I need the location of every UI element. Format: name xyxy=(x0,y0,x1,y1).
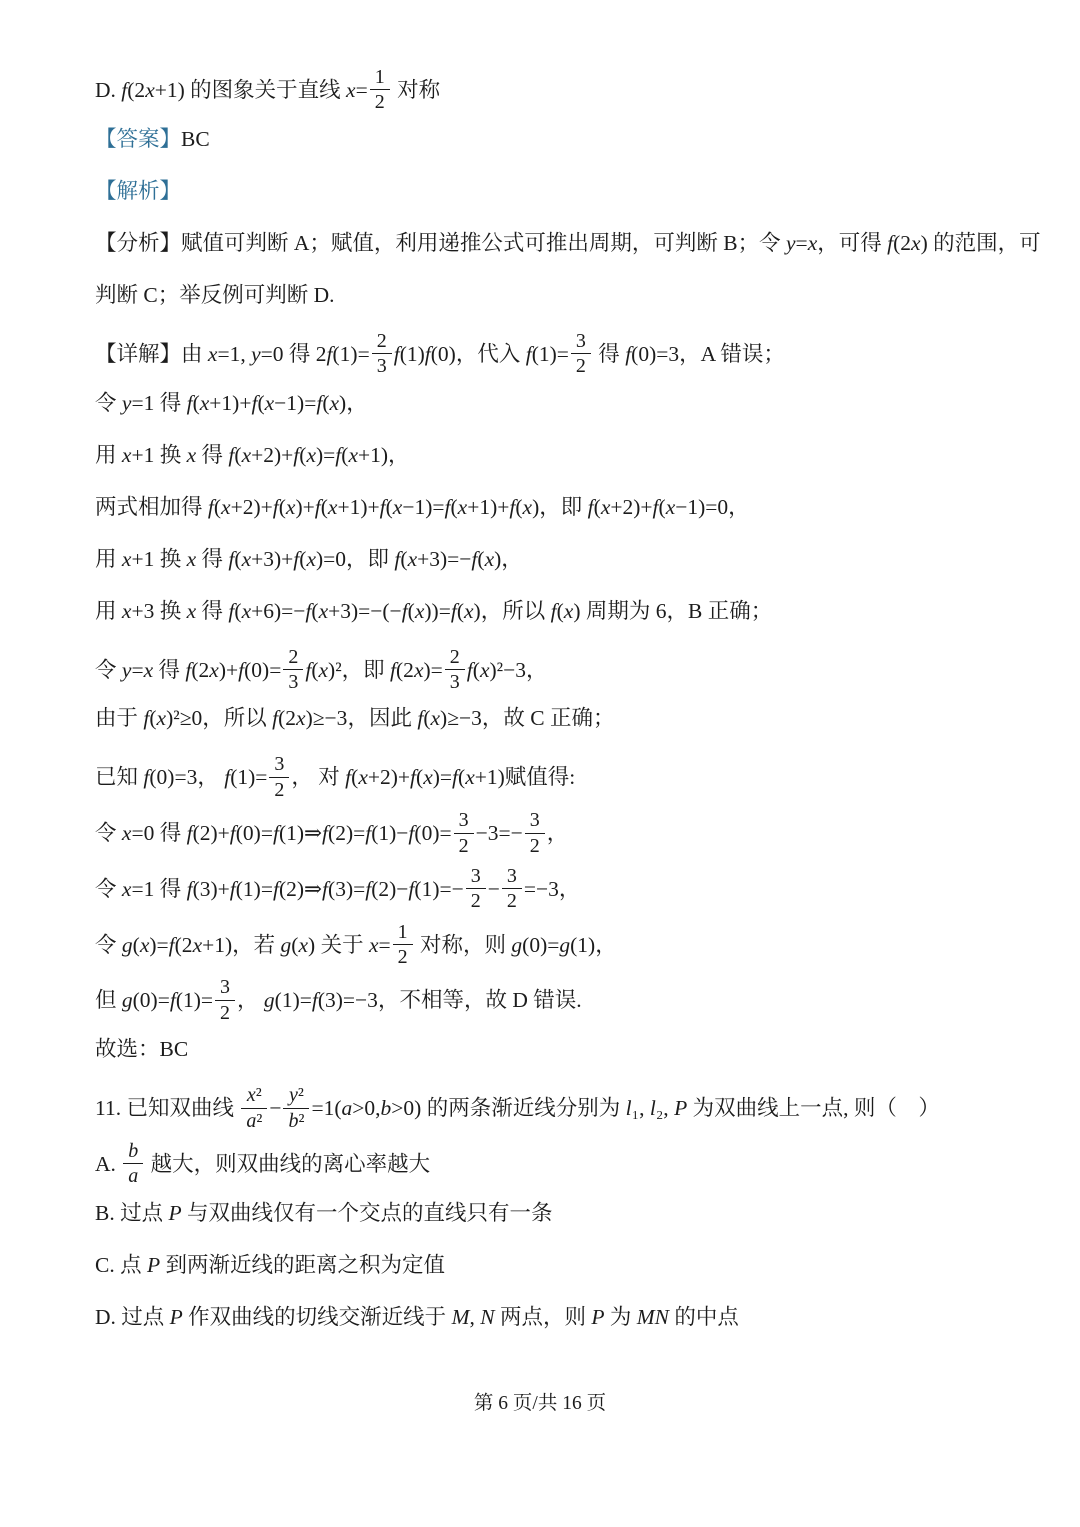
text-run: 用 xyxy=(95,443,122,467)
text-line: 令 g(x)=f(2x+1)，若 g(x) 关于 x=12 对称，则 g(0)=… xyxy=(95,923,988,971)
math-run: P xyxy=(591,1305,604,1329)
math-run: f(1)f(0) xyxy=(394,342,456,366)
text-line: 由于 f(x)²≥0，所以 f(2x)≥−3，因此 f(x)≥−3，故 C 正确… xyxy=(95,703,988,733)
text-run: 得 xyxy=(154,877,186,901)
text-run: 令 xyxy=(95,877,122,901)
page-number-label: 第 6 页/共 16 页 xyxy=(474,1393,606,1414)
text-run: 得 xyxy=(196,547,228,571)
fraction: 12 xyxy=(393,921,413,969)
text-run: 换 xyxy=(154,443,186,467)
math-run: f(x+1)+f(x−1)=f(x) xyxy=(187,391,347,415)
text-run: 得 xyxy=(196,443,228,467)
text-line: 但 g(0)=f(1)=32， g(1)=f(3)=−3，不相等，故 D 错误. xyxy=(95,978,988,1026)
math-run: f(2x)+f(0)= xyxy=(185,657,281,681)
math-run: f(2x)= xyxy=(390,657,443,681)
text-run: 对称，则 xyxy=(415,933,512,957)
fraction: 23 xyxy=(445,646,465,694)
math-run: f(x)≥−3 xyxy=(417,706,482,730)
text-line: 【解析】 xyxy=(95,176,988,206)
text-run: ， xyxy=(559,877,581,901)
math-run: g(x)=f(2x+1) xyxy=(122,933,232,957)
text-run: 用 xyxy=(95,599,122,623)
math-run: f(x+6)=−f(x+3)=−(−f(x))=f(x) xyxy=(228,599,480,623)
text-run: D. xyxy=(95,78,121,102)
math-run: f(1)= xyxy=(526,342,569,366)
text-run: 11. 已知双曲线 xyxy=(95,1096,239,1120)
fraction: 32 xyxy=(466,865,486,913)
text-run: 为 xyxy=(604,1305,636,1329)
math-run: 2f(1)= xyxy=(316,342,370,366)
text-run: 令 xyxy=(95,933,122,957)
math-run: f(2x) xyxy=(887,231,928,255)
math-run: f(x) xyxy=(551,599,581,623)
text-run: 换 xyxy=(154,599,186,623)
text-line: 已知 f(0)=3， f(1)=32， 对 f(x+2)+f(x)=f(x+1)… xyxy=(95,755,988,803)
text-run: 为双曲线上一点, 则（ ） xyxy=(687,1096,940,1120)
document-page: D. f(2x+1) 的图象关于直线 x=12 对称【答案】BC【解析】【分析】… xyxy=(0,0,1080,1527)
text-run: 得 xyxy=(154,821,186,845)
math-run: x=1, y=0 xyxy=(208,342,284,366)
math-run: x+1 xyxy=(122,547,154,571)
document-body: D. f(2x+1) 的图象关于直线 x=12 对称【答案】BC【解析】【分析】… xyxy=(95,68,988,1332)
math-run: y=1 xyxy=(122,391,154,415)
math-run: f(x+2)+f(x)=f(x+1) xyxy=(228,443,388,467)
fraction: 32 xyxy=(215,976,235,1024)
text-run: 越大，则双曲线的离心率越大 xyxy=(145,1152,430,1176)
text-run: 的两条渐近线分别为 xyxy=(421,1096,625,1120)
text-run: 的图象关于直线 xyxy=(185,78,346,102)
text-run: ，若 xyxy=(232,933,280,957)
text-run: 得 xyxy=(196,599,228,623)
text-run: ， xyxy=(237,988,264,1012)
text-run: 的中点 xyxy=(669,1305,739,1329)
text-run: 作双曲线的切线交渐近线于 xyxy=(183,1305,452,1329)
math-run: g(0)=g(1) xyxy=(511,933,595,957)
math-run: f(x+2)+f(x−1)=0 xyxy=(588,495,729,519)
text-run: ， xyxy=(728,495,750,519)
math-run: f(2x+1) xyxy=(121,78,185,102)
math-run: x=1 xyxy=(122,877,154,901)
text-line: 令 y=1 得 f(x+1)+f(x−1)=f(x)， xyxy=(95,388,988,418)
text-line: A. ba 越大，则双曲线的离心率越大 xyxy=(95,1142,988,1190)
fraction: 32 xyxy=(454,809,474,857)
math-run: f(x+2)+f(x)+f(x+1)+f(x−1)=f(x+1)+f(x) xyxy=(208,495,539,519)
math-run: f(x+3)=−f(x) xyxy=(394,547,501,571)
text-line: 令 x=1 得 f(3)+f(1)=f(2)⇒f(3)=f(2)−f(1)=−3… xyxy=(95,867,988,915)
fraction: 32 xyxy=(269,753,289,801)
text-run: 令 xyxy=(95,391,122,415)
math-run: P xyxy=(168,1201,181,1225)
text-run: 到两渐近线的距离之积为定值 xyxy=(160,1253,445,1277)
math-run: x=0 xyxy=(122,821,154,845)
text-run: 得 xyxy=(593,342,625,366)
fraction: x²a² xyxy=(241,1084,267,1132)
math-run: P xyxy=(147,1253,160,1277)
math-run: − xyxy=(488,877,500,901)
math-run: f(0)=3 xyxy=(625,342,679,366)
fraction: 23 xyxy=(372,330,392,378)
text-run: 令 xyxy=(95,821,122,845)
text-run: 【答案】 xyxy=(95,127,181,151)
text-run: 的范围，可 xyxy=(928,231,1041,255)
text-run: 由于 xyxy=(95,706,143,730)
text-run: 得 xyxy=(153,657,185,681)
text-run: ，可得 xyxy=(817,231,887,255)
text-run: B. 过点 xyxy=(95,1201,168,1225)
text-run: ，A 错误； xyxy=(679,342,785,366)
math-run: f(2)+f(0)=f(1)⇒f(2)=f(1)−f(0)= xyxy=(187,821,452,845)
text-run: ， xyxy=(547,821,569,845)
text-run: 周期为 6，B 正确； xyxy=(580,599,772,623)
math-run: x+1 xyxy=(122,443,154,467)
text-run: 【分析】赋值可判断 A；赋值，利用递推公式可推出周期，可判断 B；令 xyxy=(95,231,786,255)
text-run: ， xyxy=(346,391,368,415)
text-run: 但 xyxy=(95,988,122,1012)
math-run: x xyxy=(187,599,197,623)
text-run: ，即 xyxy=(346,547,394,571)
text-run: ，代入 xyxy=(456,342,526,366)
math-run: f(x)² xyxy=(305,657,341,681)
text-run: ， xyxy=(388,443,410,467)
math-run: f(x)²≥0 xyxy=(143,706,202,730)
text-line: 11. 已知双曲线 x²a²−y²b²=1(a>0,b>0) 的两条渐近线分别为… xyxy=(95,1086,988,1134)
text-line: D. f(2x+1) 的图象关于直线 x=12 对称 xyxy=(95,68,988,116)
text-run: 用 xyxy=(95,547,122,571)
fraction: 32 xyxy=(502,865,522,913)
text-run: BC xyxy=(181,127,210,151)
text-run: 换 xyxy=(154,547,186,571)
fraction: 32 xyxy=(571,330,591,378)
text-line: 两式相加得 f(x+2)+f(x)+f(x+1)+f(x−1)=f(x+1)+f… xyxy=(95,492,988,522)
text-run: 两式相加得 xyxy=(95,495,208,519)
math-run: f(2x)≥−3 xyxy=(272,706,347,730)
fraction: y²b² xyxy=(283,1084,309,1132)
text-run: 两点，则 xyxy=(495,1305,592,1329)
text-line: B. 过点 P 与双曲线仅有一个交点的直线只有一条 xyxy=(95,1198,988,1228)
math-run: f(3)+f(1)=f(2)⇒f(3)=f(2)−f(1)=− xyxy=(187,877,464,901)
fraction: 12 xyxy=(370,66,390,114)
text-run: ， xyxy=(526,657,548,681)
math-run: M, N xyxy=(452,1305,495,1329)
text-line: C. 点 P 到两渐近线的距离之积为定值 xyxy=(95,1250,988,1280)
text-line: 用 x+1 换 x 得 f(x+2)+f(x)=f(x+1)， xyxy=(95,440,988,470)
text-run: 已知 xyxy=(95,765,143,789)
text-run: ， xyxy=(595,933,617,957)
math-run: f(x+2)+f(x)=f(x+1) xyxy=(345,765,505,789)
fraction: 23 xyxy=(283,646,303,694)
text-run: ，因此 xyxy=(347,706,417,730)
math-run: −3=− xyxy=(476,821,523,845)
math-run: x xyxy=(187,547,197,571)
text-run: 判断 C；举反例可判断 D. xyxy=(95,283,335,307)
math-run: f(1)= xyxy=(224,765,267,789)
text-run: ，不相等，故 D 错误. xyxy=(378,988,582,1012)
text-run: C. 点 xyxy=(95,1253,147,1277)
math-run: y=x xyxy=(122,657,153,681)
math-run: x= xyxy=(369,933,391,957)
math-run: − xyxy=(269,1096,281,1120)
math-run: g(1)=f(3)=−3 xyxy=(264,988,378,1012)
text-line: 【分析】赋值可判断 A；赋值，利用递推公式可推出周期，可判断 B；令 y=x，可… xyxy=(95,228,988,258)
text-run: 故选：BC xyxy=(95,1037,188,1061)
text-line: 用 x+1 换 x 得 f(x+3)+f(x)=0，即 f(x+3)=−f(x)… xyxy=(95,544,988,574)
text-run: 得 xyxy=(284,342,316,366)
text-line: D. 过点 P 作双曲线的切线交渐近线于 M, N 两点，则 P 为 MN 的中… xyxy=(95,1302,988,1332)
math-run: g(0)=f(1)= xyxy=(122,988,213,1012)
text-line: 用 x+3 换 x 得 f(x+6)=−f(x+3)=−(−f(x))=f(x)… xyxy=(95,596,988,626)
text-run: ，即 xyxy=(539,495,587,519)
math-run: P xyxy=(170,1305,183,1329)
text-run: ， xyxy=(197,765,224,789)
text-run: ， xyxy=(501,547,523,571)
text-run: 得 xyxy=(154,391,186,415)
text-run: ， 对 xyxy=(291,765,345,789)
math-run: l₁, l₂, P xyxy=(626,1096,688,1120)
text-line: 故选：BC xyxy=(95,1034,988,1064)
fraction: ba xyxy=(123,1140,143,1188)
text-run: 【解析】 xyxy=(95,179,181,203)
text-line: 令 y=x 得 f(2x)+f(0)=23f(x)²，即 f(2x)=23f(x… xyxy=(95,648,988,696)
math-run: MN xyxy=(637,1305,669,1329)
text-run: ，故 C 正确； xyxy=(482,706,615,730)
text-line: 【详解】由 x=1, y=0 得 2f(1)=23f(1)f(0)，代入 f(1… xyxy=(95,332,988,380)
text-run: ，所以 xyxy=(481,599,551,623)
math-run: f(x)²−3 xyxy=(467,657,526,681)
math-run: =−3 xyxy=(524,877,559,901)
text-run: 赋值得: xyxy=(505,765,575,789)
text-run: A. xyxy=(95,1152,121,1176)
text-run: 关于 xyxy=(315,933,369,957)
math-run: x xyxy=(187,443,197,467)
text-run: 对称 xyxy=(392,78,440,102)
text-run: D. 过点 xyxy=(95,1305,170,1329)
math-run: g(x) xyxy=(281,933,316,957)
math-run: x+3 xyxy=(122,599,154,623)
text-run: 令 xyxy=(95,657,122,681)
math-run: f(0)=3 xyxy=(143,765,197,789)
math-run: y=x xyxy=(786,231,817,255)
page-footer: 第 6 页/共 16 页 xyxy=(0,1387,1080,1415)
text-run: ，即 xyxy=(342,657,390,681)
text-run: ，所以 xyxy=(202,706,272,730)
math-run: x= xyxy=(346,78,368,102)
text-line: 判断 C；举反例可判断 D. xyxy=(95,280,988,310)
text-line: 令 x=0 得 f(2)+f(0)=f(1)⇒f(2)=f(1)−f(0)=32… xyxy=(95,811,988,859)
math-run: f(x+3)+f(x)=0 xyxy=(228,547,346,571)
fraction: 32 xyxy=(525,809,545,857)
math-run: =1(a>0,b>0) xyxy=(311,1096,421,1120)
text-run: 与双曲线仅有一个交点的直线只有一条 xyxy=(182,1201,553,1225)
text-line: 【答案】BC xyxy=(95,124,988,154)
text-run: 【详解】由 xyxy=(95,342,208,366)
